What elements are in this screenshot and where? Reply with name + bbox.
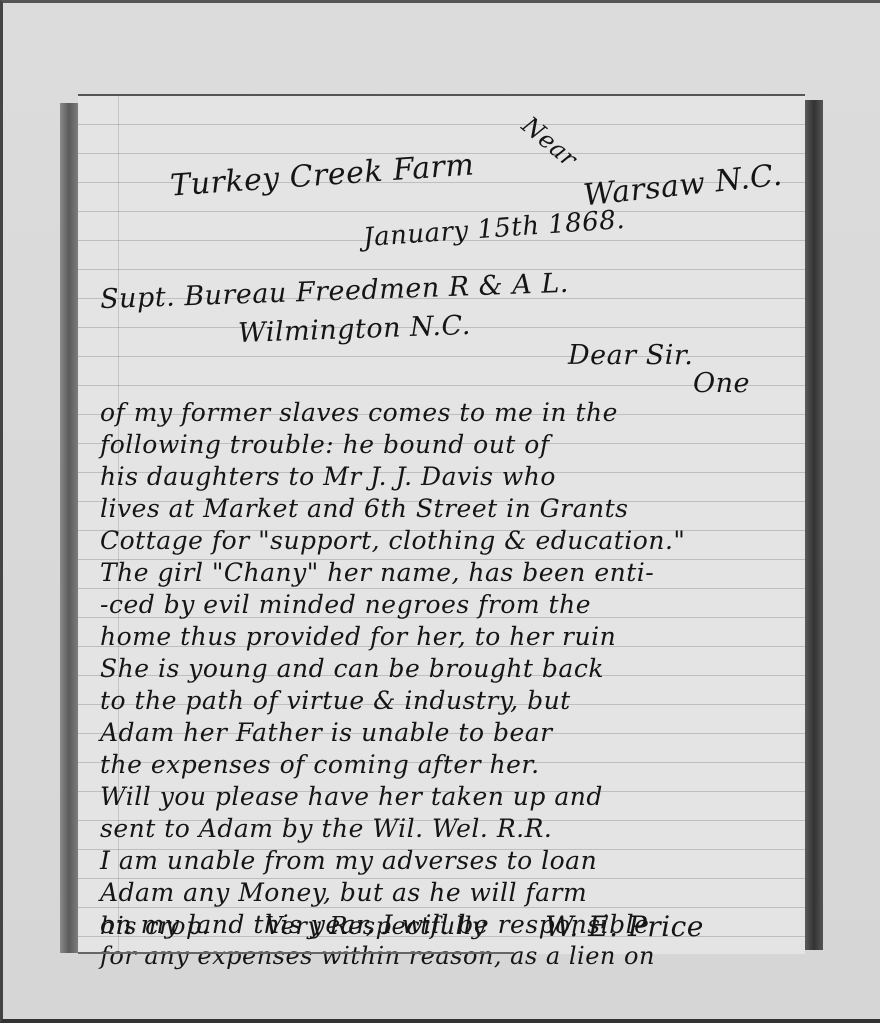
- addressee-title: Supt. Bureau Freedmen R & A L.: [100, 268, 570, 315]
- place-near: Near: [516, 111, 582, 173]
- body-line: to the path of virtue & industry, but: [100, 686, 571, 715]
- body-line: lives at Market and 6th Street in Grants: [100, 494, 628, 523]
- body-line: sent to Adam by the Wil. Wel. R.R.: [100, 814, 552, 843]
- closing-last-words: his crop.: [100, 912, 210, 940]
- body-line: following trouble: he bound out of: [100, 430, 550, 459]
- page-shadow-right: [805, 100, 823, 950]
- page-shadow-left: [60, 103, 78, 953]
- body-line: She is young and can be brought back: [100, 654, 604, 683]
- body-line: his daughters to Mr J. J. Davis who: [100, 462, 556, 491]
- body-line: Will you please have her taken up and: [100, 782, 603, 811]
- body-line: for any expenses within reason, as a lie…: [100, 942, 655, 970]
- letter-paper: Turkey Creek Farm Near Warsaw N.C. Janua…: [78, 94, 805, 954]
- body-line: Cottage for "support, clothing & educati…: [100, 526, 685, 555]
- body-line: the expenses of coming after her.: [100, 750, 540, 779]
- body-line: of my former slaves comes to me in the: [100, 398, 618, 427]
- paper-bottom-edge: [78, 952, 514, 954]
- body-line: Adam her Father is unable to bear: [100, 718, 553, 747]
- body-line: I am unable from my adverses to loan: [100, 846, 597, 875]
- addressee-city: Wilmington N.C.: [238, 310, 472, 349]
- body-line: -ced by evil minded negroes from the: [100, 590, 591, 619]
- salutation: Dear Sir.: [568, 340, 693, 371]
- place-name: Turkey Creek Farm: [169, 147, 475, 203]
- body-line: Adam any Money, but as he will farm: [100, 878, 587, 907]
- body-line: home thus provided for her, to her ruin: [100, 622, 616, 651]
- opening-word: One: [693, 368, 750, 399]
- signature: W. E. Price: [545, 910, 704, 943]
- letter-date: January 15th 1868.: [362, 205, 626, 253]
- valediction: Very Respectfully: [265, 912, 486, 940]
- body-line: The girl "Chany" her name, has been enti…: [100, 558, 654, 587]
